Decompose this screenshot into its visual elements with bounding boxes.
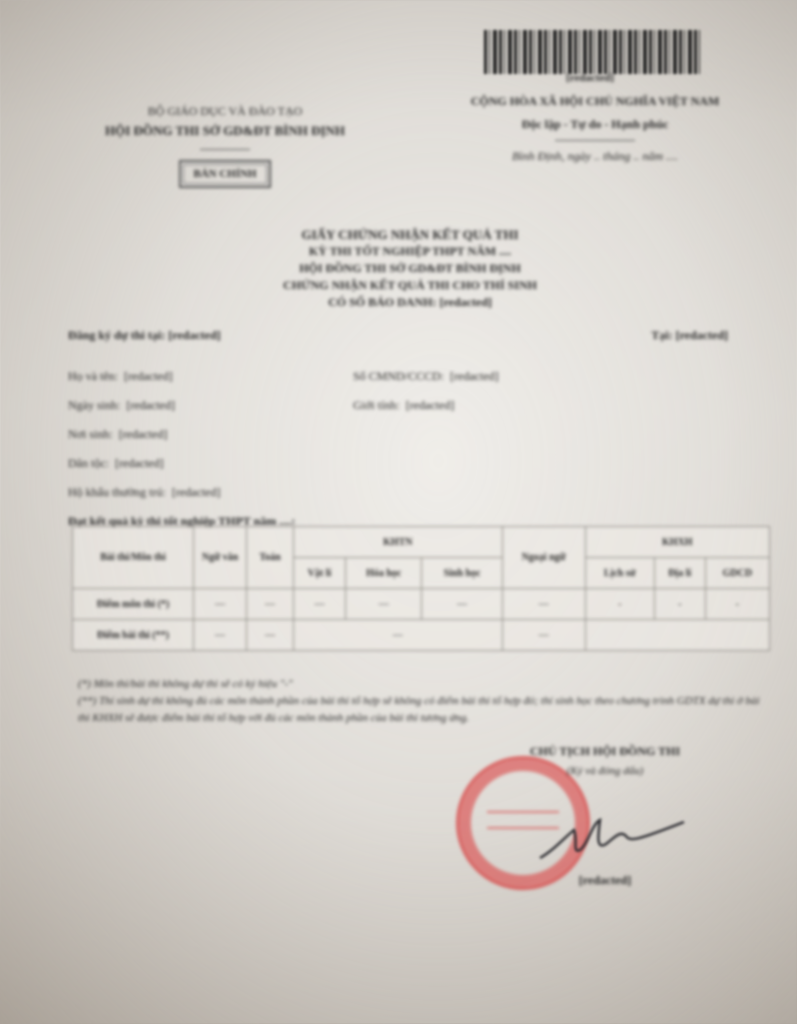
name-label: Họ và tên: [68,369,118,383]
table-row: Điểm môn thi (*) — — — — — — - - - [73,589,770,620]
name-value: [redacted] [124,369,173,383]
certificate-page: [redacted] BỘ GIÁO DỤC VÀ ĐÀO TẠO HỘI ĐỒ… [0,0,797,1024]
row-label: Điểm môn thi (*) [73,589,194,620]
divider [555,140,635,141]
info-row: Dân tộc:[redacted] [68,449,728,478]
title-line-4: CHỨNG NHẬN KẾT QUẢ THI CHO THÍ SINH [200,277,620,294]
signature-block: CHỦ TỊCH HỘI ĐỒNG THI (Ký và đóng dấu) [… [480,744,730,888]
footnotes: (*) Môn thi/bài thi không dự thi sẽ có k… [78,676,768,727]
candidate-info: Họ và tên:[redacted] Số CMND/CCCD:[redac… [68,362,728,536]
divider [200,149,250,150]
row-label: Điểm bài thi (**) [73,620,194,651]
score-cell: — [194,620,247,651]
col-group-b: KHXH [585,527,769,558]
id-value: [redacted] [450,369,499,383]
ethnicity-label: Dân tộc: [68,456,109,470]
score-cell: - [705,589,769,620]
registration-line: Đăng ký dự thi tại: [redacted] Tại: [red… [68,328,728,343]
score-cell: — [345,589,422,620]
gender-label: Giới tính: [353,398,400,412]
score-cell: - [585,589,654,620]
issuer-header: BỘ GIÁO DỤC VÀ ĐÀO TẠO HỘI ĐỒNG THI SỞ G… [70,104,380,188]
info-row: Nơi sinh:[redacted] [68,420,728,449]
original-copy-stamp: BẢN CHÍNH [179,160,270,188]
score-cell: — [247,589,294,620]
residence-label: Hộ khẩu thường trú: [68,485,166,499]
col-foreign-language: Ngoại ngữ [502,527,585,589]
scores-table: Bài thi/Môn thi Ngữ văn Toán KHTN Ngoại … [72,526,770,651]
col-chemistry: Hóa học [345,558,422,589]
col-biology: Sinh học [422,558,502,589]
title-line-1: GIẤY CHỨNG NHẬN KẾT QUẢ THI [200,226,620,243]
score-cell: — [422,589,502,620]
score-cell: — [294,620,503,651]
footnote-2: (**) Thí sinh dự thi không đủ các môn th… [78,693,768,727]
col-group-a: KHTN [294,527,503,558]
col-history: Lịch sử [585,558,654,589]
id-label: Số CMND/CCCD: [353,369,444,383]
col-subject: Bài thi/Môn thi [73,527,194,589]
signer-subtitle: (Ký và đóng dấu) [480,765,730,777]
table-row: Điểm bài thi (**) — — — — [73,620,770,651]
nation-name: CỘNG HÒA XÃ HỘI CHỦ NGHĨA VIỆT NAM [420,94,770,109]
info-row: Họ và tên:[redacted] Số CMND/CCCD:[redac… [68,362,728,391]
national-header: CỘNG HÒA XÃ HỘI CHỦ NGHĨA VIỆT NAM Độc l… [420,94,770,164]
national-motto: Độc lập - Tự do - Hạnh phúc [420,117,770,132]
title-line-3: HỘI ĐỒNG THI SỞ GD&ĐT BÌNH ĐỊNH [200,260,620,277]
registration-place: Đăng ký dự thi tại: [redacted] [68,328,221,343]
ethnicity-value: [redacted] [115,456,164,470]
score-cell: — [247,620,294,651]
birthplace-label: Nơi sinh: [68,427,113,441]
footnote-1: (*) Môn thi/bài thi không dự thi sẽ có k… [78,676,768,693]
place-date: Bình Định, ngày .. tháng .. năm .... [420,149,770,164]
certificate-title: GIẤY CHỨNG NHẬN KẾT QUẢ THI KỲ THI TỐT N… [200,226,620,311]
dob-value: [redacted] [126,398,175,412]
col-physics: Vật lí [294,558,346,589]
score-cell: — [194,589,247,620]
col-geography: Địa lí [654,558,705,589]
barcode-number: [redacted] [540,72,640,84]
council-name: HỘI ĐỒNG THI SỞ GD&ĐT BÌNH ĐỊNH [70,123,380,139]
registration-location: Tại: [redacted] [651,328,728,343]
score-cell: — [294,589,346,620]
birthplace-value: [redacted] [119,427,168,441]
info-row: Ngày sinh:[redacted] Giới tính:[redacted… [68,391,728,420]
col-literature: Ngữ văn [194,527,247,589]
signer-name: [redacted] [480,873,730,888]
score-cell [585,620,769,651]
barcode-icon [484,30,700,74]
title-line-2: KỲ THI TỐT NGHIỆP THPT NĂM .... [200,243,620,260]
info-row: Hộ khẩu thường trú:[redacted] [68,478,728,507]
signer-title: CHỦ TỊCH HỘI ĐỒNG THI [480,744,730,759]
dob-label: Ngày sinh: [68,398,120,412]
col-math: Toán [247,527,294,589]
score-cell: - [654,589,705,620]
col-civics: GDCD [705,558,769,589]
residence-value: [redacted] [172,485,221,499]
gender-value: [redacted] [406,398,455,412]
score-cell: — [502,589,585,620]
ministry-name: BỘ GIÁO DỤC VÀ ĐÀO TẠO [70,104,380,119]
title-line-5: CÓ SỐ BÁO DANH: [redacted] [200,294,620,311]
score-cell: — [502,620,585,651]
